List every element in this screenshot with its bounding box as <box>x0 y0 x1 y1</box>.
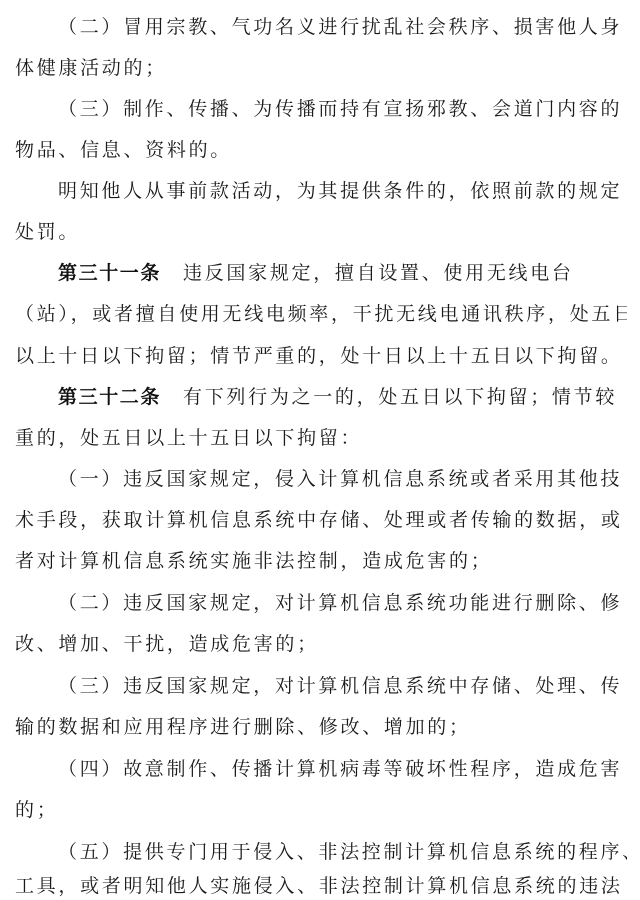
line-text: 违反国家规定，擅自设置、使用无线电台 <box>183 262 574 284</box>
article-label: 第三十一条 <box>58 262 161 284</box>
article-31-line: 第三十一条违反国家规定，擅自设置、使用无线电台 <box>15 253 627 294</box>
line-text: （三）违反国家规定，对计算机信息系统中存储、处理、传 <box>58 675 622 697</box>
line-text: （二）违反国家规定，对计算机信息系统功能进行删除、修 <box>58 592 622 614</box>
line-text: 有下列行为之一的，处五日以下拘留；情节较 <box>183 386 617 408</box>
line-text: 明知他人从事前款活动，为其提供条件的，依照前款的规定 <box>58 180 622 202</box>
text-line: （二）违反国家规定，对计算机信息系统功能进行删除、修 <box>15 583 627 624</box>
line-text: 者对计算机信息系统实施非法控制，造成危害的； <box>15 550 492 572</box>
text-line: 工具，或者明知他人实施侵入、非法控制计算机信息系统的违法 <box>15 866 627 900</box>
text-line: （一）违反国家规定，侵入计算机信息系统或者采用其他技 <box>15 459 627 500</box>
text-line: 的； <box>15 790 627 831</box>
text-line: 处罚。 <box>15 212 627 253</box>
text-line: 者对计算机信息系统实施非法控制，造成危害的； <box>15 541 627 582</box>
line-text: （三）制作、传播、为传播而持有宣扬邪教、会道门内容的 <box>58 98 622 120</box>
line-text: 输的数据和应用程序进行删除、修改、增加的； <box>15 716 471 738</box>
document-page: （二）冒用宗教、气功名义进行扰乱社会秩序、损害他人身 体健康活动的； （三）制作… <box>0 0 640 900</box>
line-text: （站），或者擅自使用无线电频率，干扰无线电通讯秩序，处五日 <box>15 303 627 325</box>
line-text: 改、增加、干扰，造成危害的； <box>15 633 319 655</box>
article-label: 第三十二条 <box>58 386 161 408</box>
line-text: （二）冒用宗教、气功名义进行扰乱社会秩序、损害他人身 <box>58 16 622 38</box>
line-text: （五）提供专门用于侵入、非法控制计算机信息系统的程序、 <box>58 841 627 863</box>
line-text: （一）违反国家规定，侵入计算机信息系统或者采用其他技 <box>58 468 622 490</box>
text-line: 术手段，获取计算机信息系统中存储、处理或者传输的数据，或 <box>15 500 627 541</box>
line-text: 重的，处五日以上十五日以下拘留： <box>15 427 362 449</box>
line-text: （四）故意制作、传播计算机病毒等破坏性程序，造成危害 <box>58 758 622 780</box>
line-text: 的； <box>15 799 58 821</box>
text-line: （三）违反国家规定，对计算机信息系统中存储、处理、传 <box>15 666 627 707</box>
line-text: 以上十日以下拘留；情节严重的，处十日以上十五日以下拘留。 <box>15 345 623 367</box>
text-line: 输的数据和应用程序进行删除、修改、增加的； <box>15 707 627 748</box>
text-line: 改、增加、干扰，造成危害的； <box>15 624 627 665</box>
text-line: 物品、信息、资料的。 <box>15 130 627 171</box>
text-line: 明知他人从事前款活动，为其提供条件的，依照前款的规定 <box>15 171 627 212</box>
text-line: 体健康活动的； <box>15 48 627 89</box>
article-32-line: 第三十二条有下列行为之一的，处五日以下拘留；情节较 <box>15 377 627 418</box>
line-text: 术手段，获取计算机信息系统中存储、处理或者传输的数据，或 <box>15 509 623 531</box>
text-line: （四）故意制作、传播计算机病毒等破坏性程序，造成危害 <box>15 749 627 790</box>
line-text: 物品、信息、资料的。 <box>15 139 232 161</box>
line-text: 体健康活动的； <box>15 57 167 79</box>
text-line: 以上十日以下拘留；情节严重的，处十日以上十五日以下拘留。 <box>15 336 627 377</box>
text-line: 重的，处五日以上十五日以下拘留： <box>15 418 627 459</box>
line-text: 处罚。 <box>15 221 80 243</box>
text-line: （二）冒用宗教、气功名义进行扰乱社会秩序、损害他人身 <box>15 7 627 48</box>
line-text: 工具，或者明知他人实施侵入、非法控制计算机信息系统的违法 <box>15 875 623 897</box>
text-line: （站），或者擅自使用无线电频率，干扰无线电通讯秩序，处五日 <box>15 294 627 335</box>
text-line: （三）制作、传播、为传播而持有宣扬邪教、会道门内容的 <box>15 89 627 130</box>
